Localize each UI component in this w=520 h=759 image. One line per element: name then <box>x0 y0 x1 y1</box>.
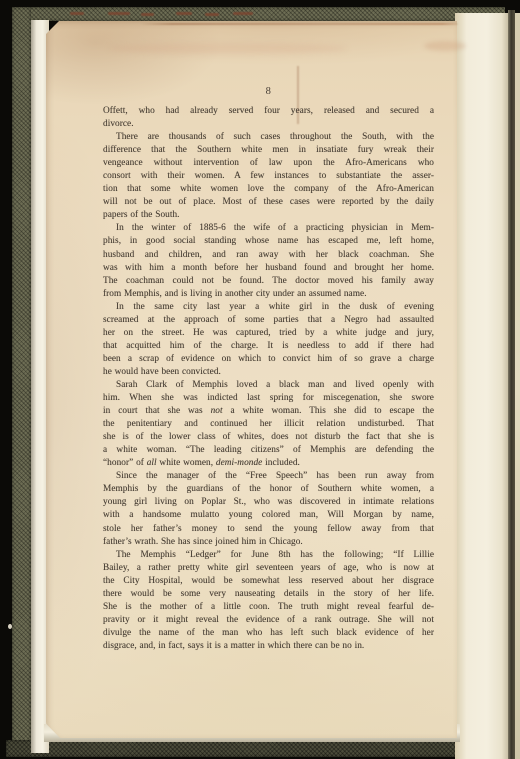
text-line: that acquitted him of the charge. It is … <box>103 340 434 353</box>
text-line: There are thousands of such cases throug… <box>103 131 434 144</box>
book-cover-edge-bottom <box>6 740 505 757</box>
text-line: Sarah Clark of Memphis loved a black man… <box>103 379 434 392</box>
text-line: In the same city last year a white girl … <box>103 301 434 314</box>
text-line: vengeance without intervention of law up… <box>103 157 434 170</box>
scanned-book-photo: 8 Offett, who had already served four ye… <box>0 0 520 759</box>
text-line: Memphis by the guardians of the honor of… <box>103 483 434 496</box>
text-line: Offett, who had already served four year… <box>103 105 434 118</box>
text-line: in court that she was not a white woman.… <box>103 405 434 418</box>
text-line: Since the manager of the “Free Speech” h… <box>103 470 434 483</box>
text-line: In the winter of 1885-6 the wife of a pr… <box>103 222 434 235</box>
text-line: phis, in good social standing whose name… <box>103 235 434 248</box>
book-cover-edge-left <box>12 7 31 753</box>
page-gutter-shadow <box>508 10 515 759</box>
text-line: consort with their women. A few instance… <box>103 170 434 183</box>
text-line: the penitentiary and continued her illic… <box>103 418 434 431</box>
text-line: with a handsome mulatto young colored ma… <box>103 509 434 522</box>
book-cover-edge-top <box>14 7 508 21</box>
text-line: The coachman could not be found. The doc… <box>103 275 434 288</box>
text-line: her on the street. He was captured, trie… <box>103 327 434 340</box>
text-line: young girl living on Poplar St., who was… <box>103 496 434 509</box>
text-line: there would be some very nauseating deta… <box>103 588 434 601</box>
text-line: Bailey, a rather pretty white girl seven… <box>103 562 434 575</box>
text-line: “honor” of all white women, demi-monde i… <box>103 457 434 470</box>
text-line: screamed at the approach of some parties… <box>103 314 434 327</box>
text-line: been a scrap of evidence on which to con… <box>103 353 434 366</box>
text-line: from Memphis, and is living in another c… <box>103 288 434 301</box>
text-line: divorce. <box>103 118 434 131</box>
page-number: 8 <box>103 86 434 97</box>
text-line: difference that the Southern white men i… <box>103 144 434 157</box>
page-edge-right <box>455 13 508 759</box>
text-line: the City Hospital, would be somewhat les… <box>103 575 434 588</box>
text-line: disgrace, and, in fact, says it is a mat… <box>103 640 434 653</box>
text-line: a white woman. “The leading citizens” of… <box>103 444 434 457</box>
text-line: will not be out of place. Most of these … <box>103 196 434 209</box>
text-line: She is the mother of a little coon. The … <box>103 601 434 614</box>
text-line: pravity or it might reveal the evidence … <box>103 614 434 627</box>
text-line: she is of the lower class of whites, doe… <box>103 431 434 444</box>
text-line: papers of the South. <box>103 209 434 222</box>
text-line: The Memphis “Ledger” for June 8th has th… <box>103 549 434 562</box>
text-line: tion that some white women love the comp… <box>103 183 434 196</box>
text-line: he would have been convicted. <box>103 366 434 379</box>
text-line: husband and children, and ran away with … <box>103 249 434 262</box>
text-line: father’s wrath. She has since joined him… <box>103 536 434 549</box>
page-edge-sliver <box>515 13 520 759</box>
body-text: Offett, who had already served four year… <box>103 105 434 653</box>
text-line: was with him a month before her husband … <box>103 262 434 275</box>
text-line: him. When she was indicted last spring f… <box>103 392 434 405</box>
text-line: divulge the name of the man who has left… <box>103 627 434 640</box>
text-line: stole her father’s money to send the you… <box>103 523 434 536</box>
